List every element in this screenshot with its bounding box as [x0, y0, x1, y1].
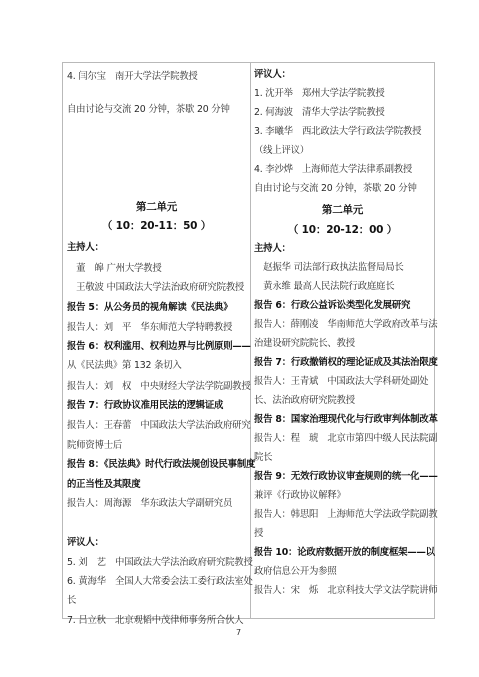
text-line: 2. 何海波 清华大学法学院教授 — [254, 107, 385, 119]
bold-line: 的正当性及其限度 — [67, 479, 140, 491]
text-line: 长、法治政府研究院教授 — [254, 395, 355, 407]
text-line: 6. 黄海华 全国人大常委会法工委行政法室处 — [67, 576, 253, 588]
text-line: 院长 — [254, 452, 272, 464]
text-line: 报告人：周海源 华东政法大学副研究员 — [67, 498, 232, 510]
bold-line: 评议人： — [254, 69, 291, 81]
bold-line: 主持人： — [67, 242, 104, 254]
bold-line: 报告 8：国家治理现代化与行政审判体制改革 — [254, 414, 438, 426]
text-line: 赵振华 司法部行政执法监督局局长 — [254, 262, 404, 274]
text-line: 兼评《行政协议解释》 — [254, 490, 346, 502]
schedule-table: 4. 闫尔宝 南开大学法学院教授自由讨论与交流 20 分钟，茶歇 20 分钟第二… — [62, 62, 435, 619]
text-line: 院师资博士后 — [67, 440, 122, 452]
text-line: 1. 沈开举 郑州大学法学院教授 — [254, 88, 385, 100]
section-heading: 第二单元 — [63, 201, 250, 213]
section-heading: 第二单元 — [251, 204, 434, 216]
bold-line: 报告 6：行政公益诉讼类型化发展研究 — [254, 300, 410, 312]
bold-line: 报告 9：无效行政协议审查规则的统一化—— — [254, 471, 438, 483]
text-line: 4. 闫尔宝 南开大学法学院教授 — [67, 71, 198, 83]
section-heading: （ 10：20-11：50 ） — [63, 220, 250, 232]
text-line: 4. 李沙烨 上海师范大学法律系副教授 — [254, 164, 412, 176]
text-line: 自由讨论与交流 20 分钟，茶歇 20 分钟 — [254, 183, 417, 195]
left-column: 4. 闫尔宝 南开大学法学院教授自由讨论与交流 20 分钟，茶歇 20 分钟第二… — [63, 63, 251, 618]
text-line: 报告人：刘 平 华东师范大学特聘教授 — [67, 322, 232, 334]
text-line: 3. 李曦华 西北政法大学行政法学院教授 — [254, 126, 421, 138]
text-line: 报告人：薛刚凌 华南师范大学政府改革与法 — [254, 319, 438, 331]
right-column: 评议人：1. 沈开举 郑州大学法学院教授2. 何海波 清华大学法学院教授3. 李… — [251, 63, 434, 618]
bold-line: 报告 5：从公务员的视角解读《民法典》 — [67, 302, 232, 314]
bold-line: 报告 7：行政撤销权的理论证成及其法治限度 — [254, 357, 438, 369]
text-line: 黄永维 最高人民法院行政庭庭长 — [254, 281, 394, 293]
text-line: 报告人：宋 烁 北京科技大学文法学院讲师 — [254, 585, 438, 597]
text-line: 5. 刘 艺 中国政法大学法治政府研究院教授 — [67, 557, 253, 569]
text-line: 报告人：王春蕾 中国政法大学法治政府研究 — [67, 420, 251, 432]
text-line: 自由讨论与交流 20 分钟，茶歇 20 分钟 — [67, 104, 230, 116]
bold-line: 报告 6：权利滥用、权利边界与比例原则—— — [67, 341, 251, 353]
text-line: 授 — [254, 528, 263, 540]
bold-line: 报告 10：论政府数据开放的制度框架——以 — [254, 547, 435, 559]
text-line: 报告人：王青斌 中国政法大学科研处副处 — [254, 376, 428, 388]
text-line: 长 — [67, 595, 76, 607]
text-line: 从《民法典》第 132 条切入 — [67, 360, 182, 372]
text-line: 报告人：韩思阳 上海师范大学法政学院副教 — [254, 509, 438, 521]
text-line: 报告人：刘 权 中央财经大学法学院副教授 — [67, 381, 251, 393]
section-heading: （ 10：20-12：00 ） — [251, 224, 434, 236]
text-line: （线上评议） — [254, 145, 309, 157]
text-line: 政府信息公开为参照 — [254, 566, 337, 578]
text-line: 报告人：程 琥 北京市第四中级人民法院副 — [254, 433, 438, 445]
text-line: 王敬波 中国政法大学法治政府研究院教授 — [67, 282, 244, 294]
text-line: 治建设研究院院长、教授 — [254, 338, 355, 350]
text-line: 董 皞 广州大学教授 — [67, 263, 162, 275]
text-line: 7. 吕立秋 北京观韬中茂律师事务所合伙人 — [67, 615, 243, 627]
bold-line: 主持人： — [254, 243, 291, 255]
bold-line: 报告 7：行政协议准用民法的逻辑证成 — [67, 400, 223, 412]
bold-line: 报告 8：《民法典》时代行政法规创设民事制度 — [67, 459, 255, 471]
page-number: 7 — [236, 628, 241, 637]
bold-line: 评议人： — [67, 537, 104, 549]
